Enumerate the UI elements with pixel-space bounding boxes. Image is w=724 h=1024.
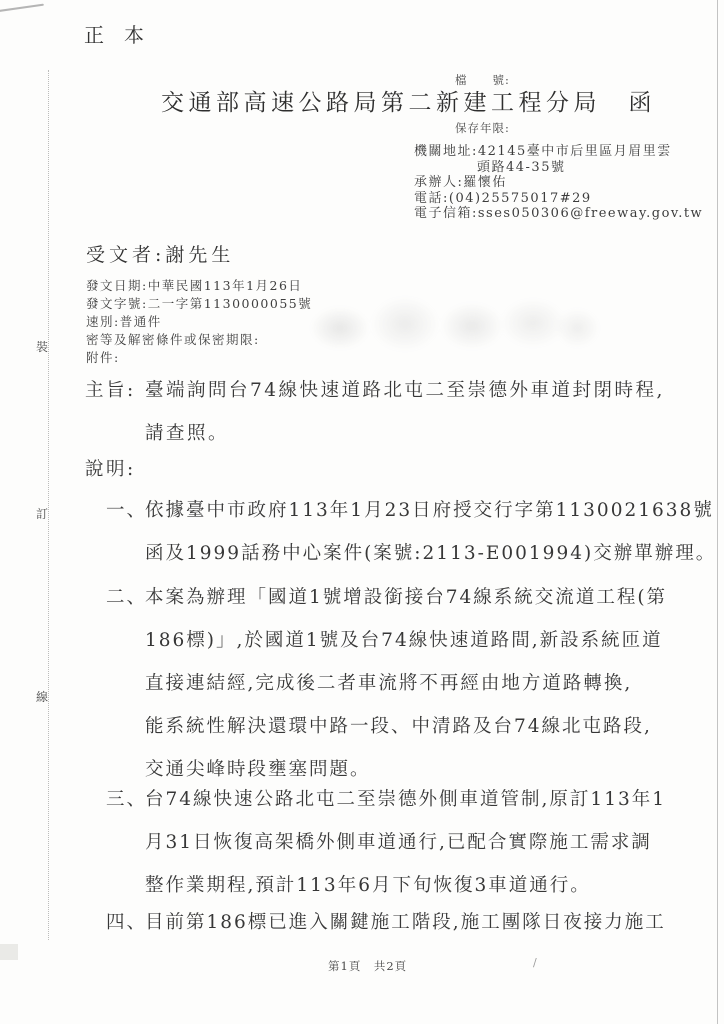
agency-email: 電子信箱:sses050306@freeway.gov.tw bbox=[414, 206, 703, 222]
scan-mark-slash: / bbox=[533, 956, 537, 969]
item-text-line: 台74線快速公路北屯二至崇德外側車道管制,原訂113年1 bbox=[145, 778, 666, 821]
recipient-line: 受文者:謝先生 bbox=[86, 240, 234, 267]
item-marker: 三、 bbox=[106, 778, 147, 821]
subject-line: 請查照。 bbox=[145, 412, 665, 455]
security-class: 密等及解密條件或保密期限: bbox=[86, 331, 312, 349]
issue-date: 發文日期:中華民國113年1月26日 bbox=[86, 277, 312, 295]
explanation-item-2: 二、 本案為辦理「國道1號增設銜接台74線系統交流道工程(第 186標)」,於國… bbox=[106, 576, 667, 791]
item-text-line: 依據臺中市政府113年1月23日府授交行字第1130021638號 bbox=[145, 489, 716, 532]
binding-mark-zhuang: 裝 bbox=[34, 338, 50, 355]
scan-artifact-bottomleft-patch bbox=[0, 944, 18, 960]
item-text-line: 月31日恢復高架橋外側車道通行,已配合實際施工需求調 bbox=[145, 821, 666, 864]
retention-period-label: 保存年限: bbox=[455, 120, 510, 136]
item-text-line: 函及1999話務中心案件(案號:2113-E001994)交辦單辦理。 bbox=[145, 532, 716, 575]
explanation-item-4: 四、 目前第186標已進入關鍵施工階段,施工團隊日夜接力施工 bbox=[106, 901, 666, 944]
scan-artifact-topleft-line bbox=[0, 4, 44, 13]
binding-mark-xian: 線 bbox=[34, 688, 50, 705]
agency-address-line2: 頭路44-35號 bbox=[414, 160, 703, 176]
document-meta-block: 發文日期:中華民國113年1月26日 發文字號:二一字第1130000055號 … bbox=[86, 277, 312, 367]
scanned-letter-page: 裝 訂 線 正本 檔 號: 保存年限: 交通部高速公路局第二新建工程分局 函 機… bbox=[0, 0, 724, 1024]
item-text-line: 目前第186標已進入關鍵施工階段,施工團隊日夜接力施工 bbox=[145, 901, 666, 944]
subject-label: 主旨: bbox=[85, 369, 136, 412]
item-marker: 四、 bbox=[106, 901, 147, 944]
agency-officer: 承辦人:羅懷佑 bbox=[414, 175, 703, 191]
copy-type-label: 正本 bbox=[84, 19, 164, 48]
item-text-line: 本案為辦理「國道1號增設銜接台74線系統交流道工程(第 bbox=[145, 576, 667, 619]
document-title: 交通部高速公路局第二新建工程分局 函 bbox=[161, 84, 656, 117]
item-text-line: 直接連結經,完成後二者車流將不再經由地方道路轉換, bbox=[145, 662, 667, 705]
subject-line: 臺端詢問台74線快速道路北屯二至崇德外車道封閉時程, bbox=[145, 369, 665, 412]
explanation-item-3: 三、 台74線快速公路北屯二至崇德外側車道管制,原訂113年1 月31日恢復高架… bbox=[106, 778, 666, 907]
explanation-label: 說明: bbox=[85, 448, 136, 491]
item-text-line: 186標)」,於國道1號及台74線快速道路間,新設系統匝道 bbox=[145, 619, 667, 662]
item-marker: 一、 bbox=[106, 489, 147, 532]
page-number-footer: 第1頁 共2頁 bbox=[328, 958, 407, 974]
stamp-bleedthrough-smudge bbox=[300, 292, 600, 362]
scan-artifact-right-edge-line bbox=[717, 0, 718, 1024]
attachment-label: 附件: bbox=[86, 349, 312, 367]
item-marker: 二、 bbox=[106, 576, 147, 619]
speed-class: 速別:普通件 bbox=[86, 313, 312, 331]
agency-phone: 電話:(04)25575017#29 bbox=[414, 191, 703, 207]
issue-number: 發文字號:二一字第1130000055號 bbox=[86, 295, 312, 313]
agency-address-line1: 機關地址:42145臺中市后里區月眉里雲 bbox=[414, 144, 703, 160]
binding-mark-ding: 訂 bbox=[34, 505, 50, 522]
item-text-line: 能系統性解決還環中路一段、中清路及台74線北屯路段, bbox=[145, 705, 667, 748]
explanation-item-1: 一、 依據臺中市政府113年1月23日府授交行字第1130021638號 函及1… bbox=[106, 489, 716, 575]
subject-block: 主旨: 臺端詢問台74線快速道路北屯二至崇德外車道封閉時程, 請查照。 bbox=[85, 369, 665, 455]
agency-info-block: 機關地址:42145臺中市后里區月眉里雲 頭路44-35號 承辦人:羅懷佑 電話… bbox=[414, 144, 703, 222]
